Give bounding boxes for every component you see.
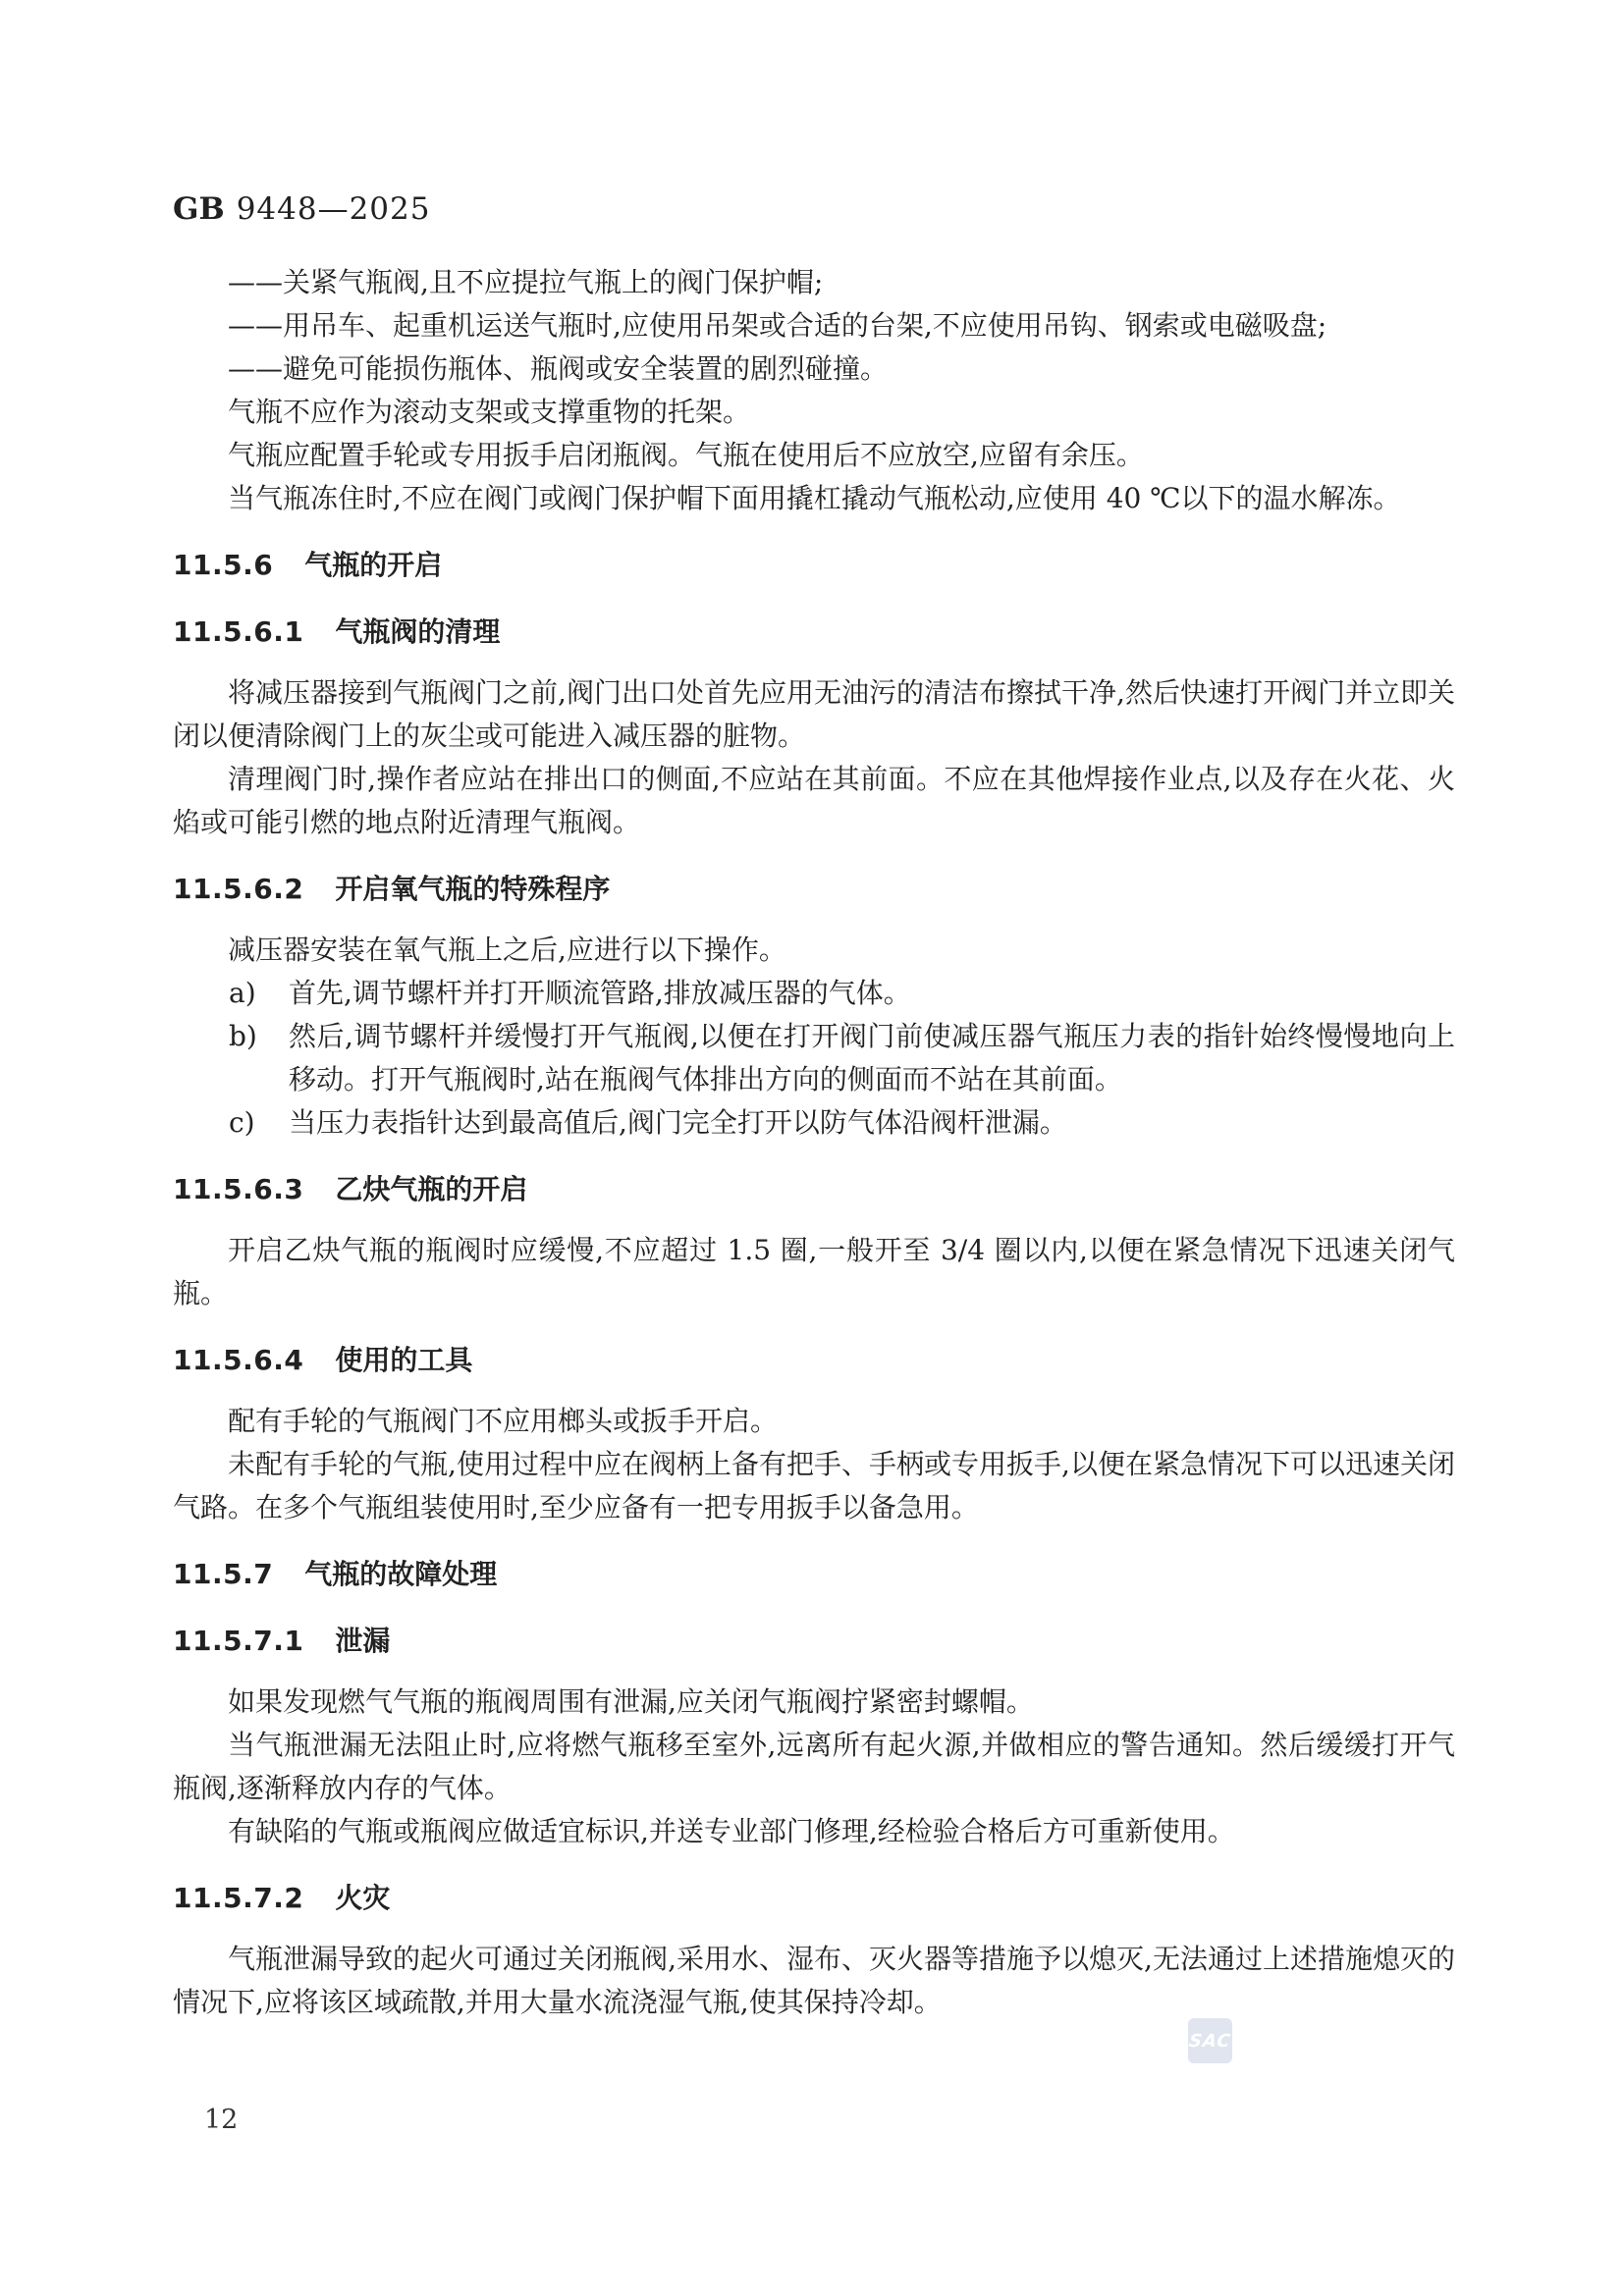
- clause-heading: 11.5.6.2开启氧气瓶的特殊程序: [173, 868, 1455, 911]
- paragraph: 减压器安装在氧气瓶上之后,应进行以下操作。: [173, 929, 1455, 972]
- clause-heading: 11.5.6.4使用的工具: [173, 1339, 1455, 1382]
- doc-code-prefix: GB: [173, 191, 225, 227]
- clause-number: 11.5.7: [173, 1558, 273, 1590]
- paragraph: 清理阀门时,操作者应站在排出口的侧面,不应站在其前面。不应在其他焊接作业点,以及…: [173, 758, 1455, 844]
- list-item-label: b): [229, 1015, 257, 1058]
- paragraph: 开启乙炔气瓶的瓶阀时应缓慢,不应超过 1.5 圈,一般开至 3/4 圈以内,以便…: [173, 1229, 1455, 1315]
- clause-number: 11.5.6.1: [173, 615, 303, 648]
- clause-heading: 11.5.6.1气瓶阀的清理: [173, 611, 1455, 654]
- clause-title: 乙炔气瓶的开启: [335, 1173, 527, 1205]
- doc-code-number: 9448—2025: [237, 191, 431, 227]
- clause-title: 使用的工具: [335, 1344, 472, 1376]
- list-item-text: 当压力表指针达到最高值后,阀门完全打开以防气体沿阀杆泄漏。: [289, 1106, 1067, 1139]
- dash-list-item: ——用吊车、起重机运送气瓶时,应使用吊架或合适的台架,不应使用吊钩、钢索或电磁吸…: [173, 304, 1455, 347]
- sac-watermark: SAC: [1188, 2018, 1232, 2063]
- clause-number: 11.5.6.3: [173, 1173, 303, 1205]
- list-item-label: a): [229, 972, 256, 1015]
- paragraph: 气瓶不应作为滚动支架或支撑重物的托架。: [173, 391, 1455, 434]
- list-item-label: c): [229, 1101, 255, 1145]
- ordered-list-item: a)首先,调节螺杆并打开顺流管路,排放减压器的气体。: [173, 972, 1455, 1015]
- dash-list-item: ——避免可能损伤瓶体、瓶阀或安全装置的剧烈碰撞。: [173, 347, 1455, 391]
- clause-heading: 11.5.7.1泄漏: [173, 1620, 1455, 1663]
- page-number: 12: [204, 2101, 238, 2140]
- clause-heading: 11.5.6.3乙炔气瓶的开启: [173, 1168, 1455, 1211]
- clause-title: 气瓶阀的清理: [335, 615, 500, 648]
- clause-number: 11.5.7.1: [173, 1625, 303, 1657]
- dash-list-item: ——关紧气瓶阀,且不应提拉气瓶上的阀门保护帽;: [173, 261, 1455, 304]
- paragraph: 如果发现燃气气瓶的瓶阀周围有泄漏,应关闭气瓶阀拧紧密封螺帽。: [173, 1681, 1455, 1724]
- clause-title: 火灾: [335, 1882, 390, 1914]
- list-item-text: 首先,调节螺杆并打开顺流管路,排放减压器的气体。: [289, 977, 911, 1009]
- clause-heading: 11.5.6气瓶的开启: [173, 544, 1455, 587]
- clause-title: 气瓶的开启: [304, 549, 442, 581]
- paragraph: 当气瓶冻住时,不应在阀门或阀门保护帽下面用撬杠撬动气瓶松动,应使用 40 ℃以下…: [173, 477, 1455, 520]
- clause-number: 11.5.6.2: [173, 873, 303, 905]
- page-content: ——关紧气瓶阀,且不应提拉气瓶上的阀门保护帽; ——用吊车、起重机运送气瓶时,应…: [173, 261, 1455, 2024]
- paragraph: 气瓶应配置手轮或专用扳手启闭瓶阀。气瓶在使用后不应放空,应留有余压。: [173, 434, 1455, 477]
- ordered-list-item: b)然后,调节螺杆并缓慢打开气瓶阀,以便在打开阀门前使减压器气瓶压力表的指针始终…: [173, 1015, 1455, 1101]
- clause-heading: 11.5.7.2火灾: [173, 1877, 1455, 1920]
- doc-code: GB9448—2025: [173, 188, 430, 230]
- clause-number: 11.5.6.4: [173, 1344, 303, 1376]
- document-page: GB9448—2025 ——关紧气瓶阀,且不应提拉气瓶上的阀门保护帽; ——用吊…: [0, 0, 1624, 2296]
- clause-heading: 11.5.7气瓶的故障处理: [173, 1553, 1455, 1596]
- ordered-list-item: c)当压力表指针达到最高值后,阀门完全打开以防气体沿阀杆泄漏。: [173, 1101, 1455, 1145]
- sac-watermark-text: SAC: [1188, 2031, 1233, 2052]
- paragraph: 将减压器接到气瓶阀门之前,阀门出口处首先应用无油污的清洁布擦拭干净,然后快速打开…: [173, 671, 1455, 758]
- clause-title: 开启氧气瓶的特殊程序: [335, 873, 610, 905]
- paragraph: 当气瓶泄漏无法阻止时,应将燃气瓶移至室外,远离所有起火源,并做相应的警告通知。然…: [173, 1724, 1455, 1810]
- paragraph: 配有手轮的气瓶阀门不应用榔头或扳手开启。: [173, 1400, 1455, 1443]
- clause-number: 11.5.6: [173, 549, 273, 581]
- clause-number: 11.5.7.2: [173, 1882, 303, 1914]
- paragraph: 未配有手轮的气瓶,使用过程中应在阀柄上备有把手、手柄或专用扳手,以便在紧急情况下…: [173, 1443, 1455, 1529]
- paragraph: 气瓶泄漏导致的起火可通过关闭瓶阀,采用水、湿布、灭火器等措施予以熄灭,无法通过上…: [173, 1938, 1455, 2024]
- list-item-text: 然后,调节螺杆并缓慢打开气瓶阀,以便在打开阀门前使减压器气瓶压力表的指针始终慢慢…: [289, 1020, 1455, 1095]
- clause-title: 气瓶的故障处理: [304, 1558, 497, 1590]
- clause-title: 泄漏: [335, 1625, 390, 1657]
- paragraph: 有缺陷的气瓶或瓶阀应做适宜标识,并送专业部门修理,经检验合格后方可重新使用。: [173, 1810, 1455, 1853]
